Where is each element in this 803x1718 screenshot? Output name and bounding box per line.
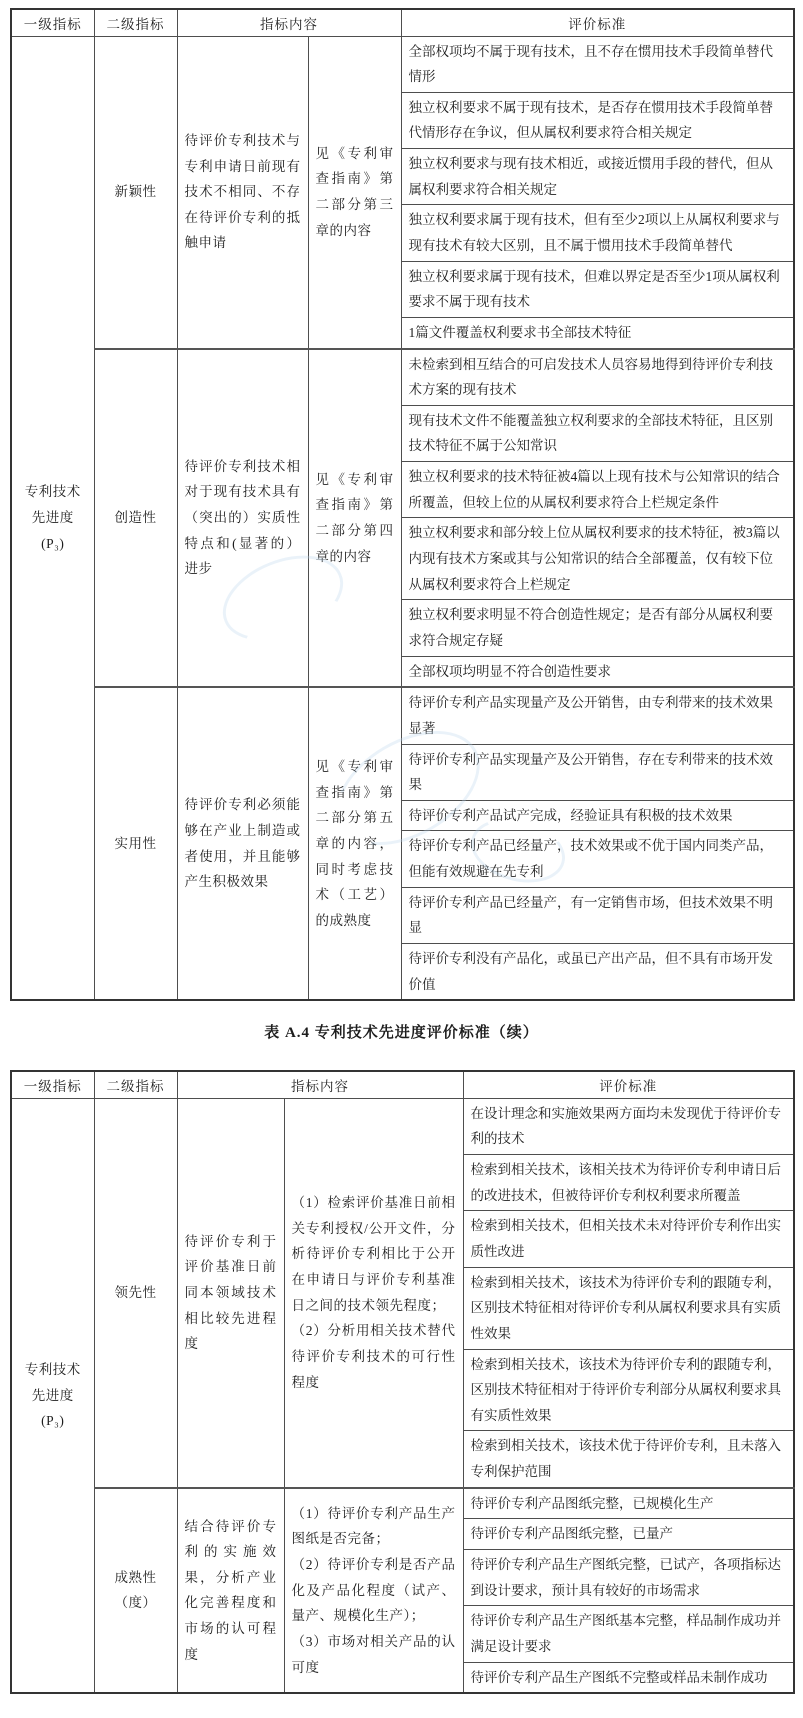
criteria-cell: 全部权项均明显不符合创造性要求	[401, 656, 794, 687]
criteria-cell: 待评价专利产品实现量产及公开销售，存在专利带来的技术效果	[401, 744, 794, 800]
criteria-cell: 全部权项均不属于现有技术，且不存在惯用技术手段简单替代情形	[401, 36, 794, 92]
criteria-cell: 检索到相关技术，该技术优于待评价专利，且未落入专利保护范围	[463, 1431, 794, 1488]
criteria-cell: 独立权利要求的技术特征被4篇以上现有技术与公知常识的结合所覆盖，但较上位的从属权…	[401, 462, 794, 518]
header-level2-indicator: 二级指标	[94, 1071, 177, 1098]
criteria-cell: 待评价专利产品生产图纸完整，已试产，各项指标达到设计要求，预计具有较好的市场需求	[463, 1550, 794, 1606]
header-level1-indicator: 一级指标	[11, 9, 94, 36]
indicator-content-cell: 待评价专利于评价基准日前同本领域技术相比较先进程度	[177, 1098, 284, 1487]
level2-indicator-maturity: 成熟性（度）	[94, 1488, 177, 1693]
header-level1-indicator: 一级指标	[11, 1071, 94, 1098]
criteria-cell: 待评价专利产品图纸完整，已量产	[463, 1519, 794, 1550]
criteria-cell: 独立权利要求和部分较上位从属权利要求的技术特征，被3篇以内现有技术方案或其与公知…	[401, 518, 794, 600]
criteria-cell: 独立权利要求明显不符合创造性规定；是否有部分从属权利要求符合规定存疑	[401, 600, 794, 656]
header-indicator-content: 指标内容	[177, 9, 401, 36]
level1-indicator-cell: 专利技术先进度 (P₃)	[11, 36, 94, 1000]
table-row: 成熟性（度） 结合待评价专利的实施效果，分析产业化完善程度和市场的认可程度 （1…	[11, 1488, 794, 1519]
criteria-cell: 待评价专利产品实现量产及公开销售，由专利带来的技术效果显著	[401, 687, 794, 744]
table-row: 专利技术先进度 (P₃) 领先性 待评价专利于评价基准日前同本领域技术相比较先进…	[11, 1098, 794, 1154]
header-evaluation-criteria: 评价标准	[463, 1071, 794, 1098]
table-caption: 表 A.4 专利技术先进度评价标准（续）	[10, 1021, 793, 1042]
header-indicator-content: 指标内容	[177, 1071, 463, 1098]
indicator-reference-cell: （1）待评价专利产品生产图纸是否完备； （2）待评价专利是否产品化及产品化程度（…	[284, 1488, 463, 1693]
indicator-reference-cell: （1）检索评价基准日前相关专利授权/公开文件，分析待评价专利相比于公开在申请日与…	[284, 1098, 463, 1487]
indicator-content-cell: 待评价专利必须能够在产业上制造或者使用，并且能够产生积极效果	[177, 687, 308, 1000]
indicator-reference-cell: 见《专利审查指南》第二部分第四章的内容	[308, 349, 401, 688]
criteria-cell: 独立权利要求属于现有技术，但难以界定是否至少1项从属权利要求不属于现有技术	[401, 261, 794, 317]
criteria-cell: 待评价专利产品图纸完整，已规模化生产	[463, 1488, 794, 1519]
criteria-cell: 检索到相关技术，该技术为待评价专利的跟随专利，区别技术特征相对于待评价专利部分从…	[463, 1349, 794, 1431]
document-page: 一级指标 二级指标 指标内容 评价标准 专利技术先进度 (P₃) 新颖性 待评价…	[0, 0, 803, 1718]
level2-indicator-inventiveness: 创造性	[94, 349, 177, 688]
level2-indicator-utility: 实用性	[94, 687, 177, 1000]
patent-advancement-table-1: 一级指标 二级指标 指标内容 评价标准 专利技术先进度 (P₃) 新颖性 待评价…	[10, 8, 795, 1001]
indicator-content-cell: 待评价专利技术相对于现有技术具有（突出的）实质性特点和(显著的）进步	[177, 349, 308, 688]
table-row: 创造性 待评价专利技术相对于现有技术具有（突出的）实质性特点和(显著的）进步 见…	[11, 349, 794, 406]
level1-indicator-cell: 专利技术先进度 (P₃)	[11, 1098, 94, 1693]
criteria-cell: 待评价专利产品试产完成，经验证具有积极的技术效果	[401, 800, 794, 831]
criteria-cell: 现有技术文件不能覆盖独立权利要求的全部技术特征，且区别技术特征不属于公知常识	[401, 405, 794, 461]
criteria-cell: 检索到相关技术，该技术为待评价专利的跟随专利，区别技术特征相对待评价专利从属权利…	[463, 1267, 794, 1349]
criteria-cell: 待评价专利产品生产图纸不完整或样品未制作成功	[463, 1662, 794, 1693]
level2-indicator-novelty: 新颖性	[94, 36, 177, 349]
header-row: 一级指标 二级指标 指标内容 评价标准	[11, 9, 794, 36]
criteria-cell: 待评价专利产品已经量产，技术效果或不优于国内同类产品，但能有效规避在先专利	[401, 831, 794, 887]
indicator-content-cell: 待评价专利技术与专利申请日前现有技术不相同、不存在待评价专利的抵触申请	[177, 36, 308, 349]
criteria-cell: 独立权利要求属于现有技术，但有至少2项以上从属权利要求与现有技术有较大区别，且不…	[401, 205, 794, 261]
criteria-cell: 未检索到相互结合的可启发技术人员容易地得到待评价专利技术方案的现有技术	[401, 349, 794, 406]
criteria-cell: 待评价专利产品生产图纸基本完整，样品制作成功并满足设计要求	[463, 1606, 794, 1662]
level2-indicator-leadership: 领先性	[94, 1098, 177, 1487]
table-row: 专利技术先进度 (P₃) 新颖性 待评价专利技术与专利申请日前现有技术不相同、不…	[11, 36, 794, 92]
header-level2-indicator: 二级指标	[94, 9, 177, 36]
indicator-reference-cell: 见《专利审查指南》第二部分第三章的内容	[308, 36, 401, 349]
table-row: 实用性 待评价专利必须能够在产业上制造或者使用，并且能够产生积极效果 见《专利审…	[11, 687, 794, 744]
criteria-cell: 独立权利要求不属于现有技术，是否存在惯用技术手段简单替代情形存在争议，但从属权利…	[401, 92, 794, 148]
header-evaluation-criteria: 评价标准	[401, 9, 794, 36]
indicator-reference-cell: 见《专利审查指南》第二部分第五章的内容，同时考虑技术（工艺）的成熟度	[308, 687, 401, 1000]
criteria-cell: 独立权利要求与现有技术相近，或接近惯用手段的替代，但从属权利要求符合相关规定	[401, 149, 794, 205]
criteria-cell: 在设计理念和实施效果两方面均未发现优于待评价专利的技术	[463, 1098, 794, 1154]
criteria-cell: 待评价专利产品已经量产，有一定销售市场，但技术效果不明显	[401, 887, 794, 943]
patent-advancement-table-2: 一级指标 二级指标 指标内容 评价标准 专利技术先进度 (P₃) 领先性 待评价…	[10, 1070, 795, 1694]
criteria-cell: 检索到相关技术，但相关技术未对待评价专利作出实质性改进	[463, 1211, 794, 1267]
criteria-cell: 1篇文件覆盖权利要求书全部技术特征	[401, 317, 794, 348]
indicator-content-cell: 结合待评价专利的实施效果，分析产业化完善程度和市场的认可程度	[177, 1488, 284, 1693]
criteria-cell: 检索到相关技术，该相关技术为待评价专利申请日后的改进技术，但被待评价专利权利要求…	[463, 1155, 794, 1211]
header-row: 一级指标 二级指标 指标内容 评价标准	[11, 1071, 794, 1098]
criteria-cell: 待评价专利没有产品化，或虽已产出产品，但不具有市场开发价值	[401, 944, 794, 1001]
